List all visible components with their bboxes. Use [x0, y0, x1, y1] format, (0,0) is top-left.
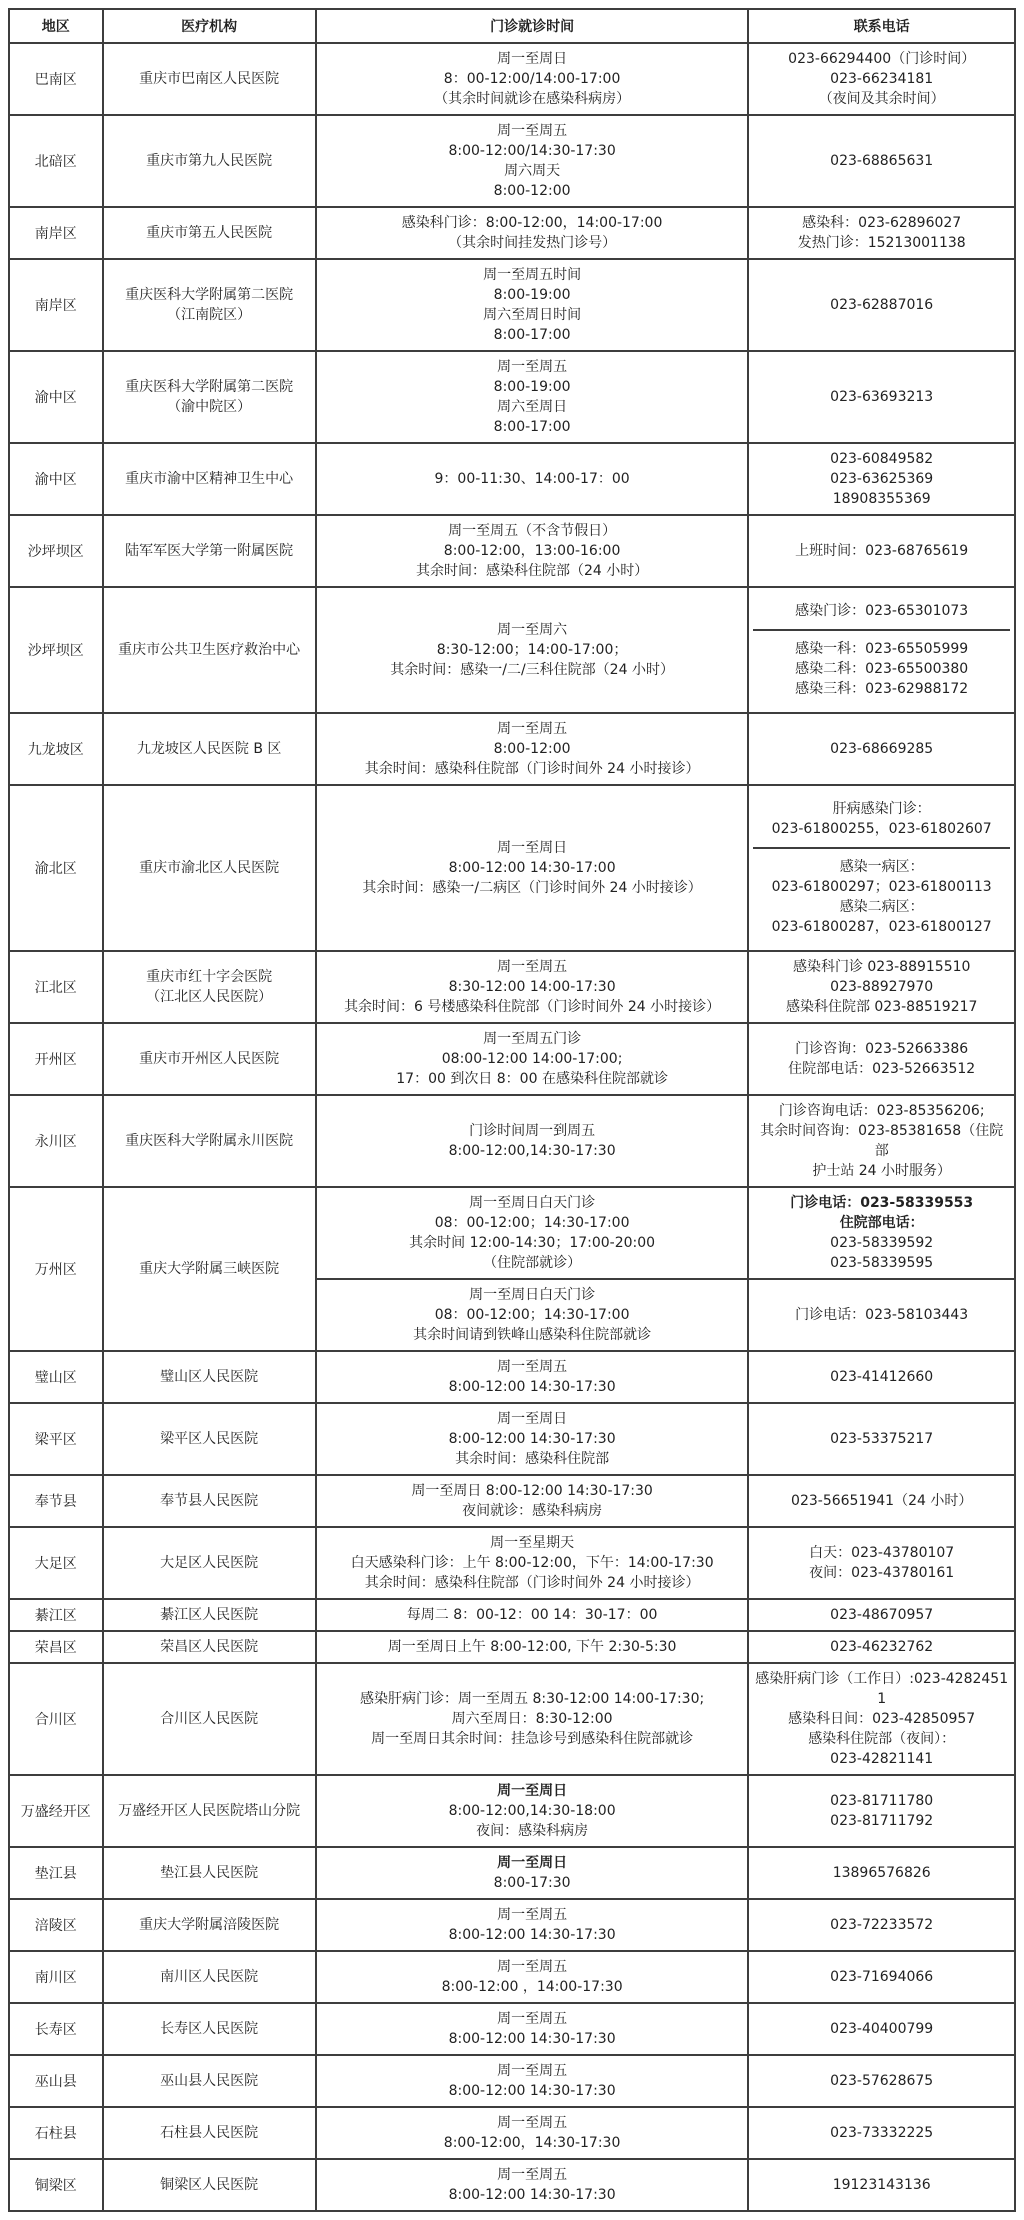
cell-line: 重庆市第九人民医院: [108, 151, 311, 171]
cell-line: 08:00-12:00 14:00-17:00;: [321, 1049, 744, 1069]
cell-line: 重庆大学附属三峡医院: [108, 1259, 311, 1279]
cell-line: 周一至周五: [321, 2009, 744, 2029]
cell-line: 门诊时间周一到周五: [321, 1121, 744, 1141]
table-header-row: 地区 医疗机构 门诊就诊时间 联系电话: [9, 9, 1015, 43]
cell-line: 8:00-17:00: [321, 325, 744, 345]
table-row: 九龙坡区 九龙坡区人民医院 B 区 周一至周五8:00-12:00其余时间：感染…: [9, 713, 1015, 785]
hours-cell: 感染肝病门诊：周一至周五 8:30-12:00 14:00-17:30;周六至周…: [316, 1663, 749, 1775]
hospital-cell: 重庆市公共卫生医疗救治中心: [103, 587, 316, 713]
table-row: 綦江区 綦江区人民医院 每周二 8：00-12：00 14：30-17：00 0…: [9, 1599, 1015, 1631]
cell-line: 周一至周五（不含节假日）: [321, 521, 744, 541]
table-row: 北碚区 重庆市第九人民医院 周一至周五8:00-12:00/14:30-17:3…: [9, 115, 1015, 207]
cell-line: （住院部就诊）: [321, 1253, 744, 1273]
hospital-cell: 重庆市第九人民医院: [103, 115, 316, 207]
cell-line: 荣昌区人民医院: [108, 1637, 311, 1657]
cell-line: 夜间就诊：感染科病房: [321, 1501, 744, 1521]
cell-line: 发热门诊：15213001138: [753, 233, 1010, 253]
cell-line: 8:00-12:00 14:30-17:30: [321, 1429, 744, 1449]
phone-cell: 上班时间：023-68765619: [748, 515, 1015, 587]
district-cell: 巫山县: [9, 2055, 103, 2107]
cell-line: 8:00-12:00: [321, 739, 744, 759]
cell-line: 南川区人民医院: [108, 1967, 311, 1987]
phone-cell: 感染门诊：023-65301073 感染一科：023-65505999感染二科：…: [748, 587, 1015, 713]
phone-cell: 13896576826: [748, 1847, 1015, 1899]
cell-line: 023-63625369: [753, 469, 1010, 489]
phone-cell: 肝病感染门诊：023-61800255，023-61802607 感染一病区：0…: [748, 785, 1015, 951]
cell-line: 大足区人民医院: [108, 1553, 311, 1573]
cell-line: 綦江区人民医院: [108, 1605, 311, 1625]
table-row: 奉节县 奉节县人民医院 周一至周日 8:00-12:00 14:30-17:30…: [9, 1475, 1015, 1527]
hospital-cell: 长寿区人民医院: [103, 2003, 316, 2055]
cell-line: 023-81711780: [753, 1791, 1010, 1811]
district-cell: 长寿区: [9, 2003, 103, 2055]
cell-line: 周一至周五: [321, 2165, 744, 2185]
phone-cell: 19123143136: [748, 2159, 1015, 2211]
table-row: 江北区 重庆市红十字会医院（江北区人民医院） 周一至周五8:30-12:00 1…: [9, 951, 1015, 1023]
cell-line: 8:00-19:00: [321, 285, 744, 305]
table-row: 合川区 合川区人民医院 感染肝病门诊：周一至周五 8:30-12:00 14:0…: [9, 1663, 1015, 1775]
cell-line: 8:00-17:00: [321, 417, 744, 437]
hours-cell: 周一至周五8:00-12:00其余时间：感染科住院部（门诊时间外 24 小时接诊…: [316, 713, 749, 785]
phone-group: 感染一科：023-65505999感染二科：023-65500380感染三科：0…: [753, 631, 1010, 707]
cell-line: 其余时间：感染一/二病区（门诊时间外 24 小时接诊）: [321, 878, 744, 898]
cell-line: 门诊电话：023-58103443: [753, 1305, 1010, 1325]
cell-line: 023-56651941（24 小时）: [753, 1491, 1010, 1511]
cell-line: 023-61800255，023-61802607: [757, 819, 1006, 839]
phone-cell: 023-48670957: [748, 1599, 1015, 1631]
hospital-cell: 荣昌区人民医院: [103, 1631, 316, 1663]
district-cell: 石柱县: [9, 2107, 103, 2159]
hours-cell: 周一至周日 8:00-12:00 14:30-17:30夜间就诊：感染科病房: [316, 1475, 749, 1527]
cell-line: 8:00-12:00 14:30-17:30: [321, 2029, 744, 2049]
hours-cell: 周一至周五8:00-12:00 14:30-17:30: [316, 2159, 749, 2211]
phone-cell: 023-63693213: [748, 351, 1015, 443]
hospital-cell: 重庆市红十字会医院（江北区人民医院）: [103, 951, 316, 1023]
cell-line: 感染科：023-62896027: [753, 213, 1010, 233]
cell-line: 感染二病区：: [757, 897, 1006, 917]
cell-line: 023-40400799: [753, 2019, 1010, 2039]
phone-group: 感染门诊：023-65301073: [753, 593, 1010, 631]
hours-cell: 每周二 8：00-12：00 14：30-17：00: [316, 1599, 749, 1631]
cell-line: 感染科门诊：8:00-12:00，14:00-17:00: [321, 213, 744, 233]
district-cell: 梁平区: [9, 1403, 103, 1475]
cell-line: 周一至周五: [321, 2061, 744, 2081]
table-row: 沙坪坝区 陆军军医大学第一附属医院 周一至周五（不含节假日）8:00-12:00…: [9, 515, 1015, 587]
cell-line: 8:00-12:00,14:30-17:30: [321, 1141, 744, 1161]
table-row: 渝中区 重庆市渝中区精神卫生中心 9：00-11:30、14:00-17：00 …: [9, 443, 1015, 515]
cell-line: 周一至周五: [321, 121, 744, 141]
phone-cell: 门诊电话：023-58103443: [748, 1279, 1015, 1351]
cell-line: 上班时间：023-68765619: [753, 541, 1010, 561]
cell-line: 铜梁区人民医院: [108, 2175, 311, 2195]
phone-cell: 白天：023-43780107夜间：023-43780161: [748, 1527, 1015, 1599]
hours-cell: 9：00-11:30、14:00-17：00: [316, 443, 749, 515]
district-cell: 巴南区: [9, 43, 103, 115]
header-district: 地区: [9, 9, 103, 43]
cell-line: 023-61800297；023-61800113: [757, 877, 1006, 897]
cell-line: 重庆医科大学附属第二医院: [108, 285, 311, 305]
cell-line: 周六至周日: [321, 397, 744, 417]
district-cell: 南岸区: [9, 259, 103, 351]
cell-line: 8:00-12:00 14:30-17:30: [321, 2081, 744, 2101]
cell-line: 九龙坡区人民医院 B 区: [108, 739, 311, 759]
cell-line: 肝病感染门诊：: [757, 799, 1006, 819]
cell-line: 周一至周五门诊: [321, 1029, 744, 1049]
cell-line: 08：00-12:00；14:30-17:00: [321, 1305, 744, 1325]
cell-line: 重庆市公共卫生医疗救治中心: [108, 640, 311, 660]
hospital-cell: 重庆大学附属三峡医院: [103, 1187, 316, 1351]
cell-line: 8:00-12:00,14:30-18:00: [321, 1801, 744, 1821]
cell-line: 其余时间 12:00-14:30；17:00-20:00: [321, 1233, 744, 1253]
cell-line: 周一至周日 8:00-12:00 14:30-17:30: [321, 1481, 744, 1501]
cell-line: 17：00 到次日 8：00 在感染科住院部就诊: [321, 1069, 744, 1089]
hours-cell: 周一至周五门诊08:00-12:00 14:00-17:00;17：00 到次日…: [316, 1023, 749, 1095]
cell-line: 住院部电话：023-52663512: [753, 1059, 1010, 1079]
cell-line: 周一至周日: [321, 1409, 744, 1429]
phone-group: 感染一病区：023-61800297；023-61800113感染二病区：023…: [753, 849, 1010, 945]
cell-line: 重庆医科大学附属永川医院: [108, 1131, 311, 1151]
cell-line: 白天感染科门诊：上午 8:00-12:00，下午：14:00-17:30: [321, 1553, 744, 1573]
cell-line: 周一至周日白天门诊: [321, 1193, 744, 1213]
table-row: 梁平区 梁平区人民医院 周一至周日8:00-12:00 14:30-17:30其…: [9, 1403, 1015, 1475]
hospital-cell: 垫江县人民医院: [103, 1847, 316, 1899]
hospital-cell: 重庆大学附属涪陵医院: [103, 1899, 316, 1951]
cell-line: 重庆市开州区人民医院: [108, 1049, 311, 1069]
hours-cell: 门诊时间周一到周五8:00-12:00,14:30-17:30: [316, 1095, 749, 1187]
hospital-cell: 万盛经开区人民医院塔山分院: [103, 1775, 316, 1847]
table-row: 万州区 重庆大学附属三峡医院 周一至周日白天门诊08：00-12:00；14:3…: [9, 1187, 1015, 1279]
cell-line: 每周二 8：00-12：00 14：30-17：00: [321, 1605, 744, 1625]
district-cell: 万盛经开区: [9, 1775, 103, 1847]
cell-line: 周一至周日: [321, 838, 744, 858]
cell-line: 13896576826: [753, 1863, 1010, 1883]
cell-line: 感染科门诊 023-88915510: [753, 957, 1010, 977]
phone-cell: 023-40400799: [748, 2003, 1015, 2055]
district-cell: 合川区: [9, 1663, 103, 1775]
table-row: 长寿区 长寿区人民医院 周一至周五8:00-12:00 14:30-17:30 …: [9, 2003, 1015, 2055]
hours-cell: 周一至周五8:00-12:00/14:30-17:30周六周天8:00-12:0…: [316, 115, 749, 207]
hospital-cell: 重庆医科大学附属第二医院（渝中院区）: [103, 351, 316, 443]
hospital-cell: 璧山区人民医院: [103, 1351, 316, 1403]
cell-line: 023-88927970: [753, 977, 1010, 997]
phone-cell: 023-81711780023-81711792: [748, 1775, 1015, 1847]
cell-line: 023-58339592: [753, 1233, 1010, 1253]
district-cell: 万州区: [9, 1187, 103, 1351]
cell-line: 023-58339595: [753, 1253, 1010, 1273]
phone-cell: 感染肝病门诊（工作日）:023-42824511感染科日间：023-428509…: [748, 1663, 1015, 1775]
cell-line: 万盛经开区人民医院塔山分院: [108, 1801, 311, 1821]
phone-cell: 023-71694066: [748, 1951, 1015, 2003]
cell-line: 周一至周五: [321, 357, 744, 377]
cell-line: 感染科住院部（夜间）：: [753, 1729, 1010, 1749]
cell-line: 其余时间：6 号楼感染科住院部（门诊时间外 24 小时接诊）: [321, 997, 744, 1017]
cell-line: 其余时间：感染科住院部: [321, 1449, 744, 1469]
table-row: 垫江县 垫江县人民医院 周一至周日8:00-17:30 13896576826: [9, 1847, 1015, 1899]
hours-cell: 周一至周五（不含节假日）8:00-12:00，13:00-16:00其余时间：感…: [316, 515, 749, 587]
cell-line: 023-57628675: [753, 2071, 1010, 2091]
cell-line: 重庆市巴南区人民医院: [108, 69, 311, 89]
cell-line: 周一至周五时间: [321, 265, 744, 285]
cell-line: （其余时间就诊在感染科病房）: [321, 89, 744, 109]
hospital-cell: 南川区人民医院: [103, 1951, 316, 2003]
cell-line: 周一至周五: [321, 2113, 744, 2133]
phone-cell: 023-68669285: [748, 713, 1015, 785]
cell-line: （夜间及其余时间）: [753, 89, 1010, 109]
cell-line: 白天：023-43780107: [753, 1543, 1010, 1563]
cell-line: 023-81711792: [753, 1811, 1010, 1831]
district-cell: 綦江区: [9, 1599, 103, 1631]
cell-line: 19123143136: [753, 2175, 1010, 2195]
cell-line: （其余时间挂发热门诊号）: [321, 233, 744, 253]
phone-cell: 023-57628675: [748, 2055, 1015, 2107]
cell-line: 重庆市渝北区人民医院: [108, 858, 311, 878]
cell-line: 023-73332225: [753, 2123, 1010, 2143]
header-hours: 门诊就诊时间: [316, 9, 749, 43]
cell-line: 023-63693213: [753, 387, 1010, 407]
cell-line: 8:00-12:00，14:30-17:30: [321, 2133, 744, 2153]
hours-cell: 感染科门诊：8:00-12:00，14:00-17:00（其余时间挂发热门诊号）: [316, 207, 749, 259]
hospital-cell: 奉节县人民医院: [103, 1475, 316, 1527]
cell-line: 023-53375217: [753, 1429, 1010, 1449]
page: 地区 医疗机构 门诊就诊时间 联系电话 巴南区 重庆市巴南区人民医院 周一至周日…: [0, 0, 1024, 2220]
table-row: 大足区 大足区人民医院 周一至星期天白天感染科门诊：上午 8:00-12:00，…: [9, 1527, 1015, 1599]
cell-line: （江南院区）: [108, 305, 311, 325]
district-cell: 北碚区: [9, 115, 103, 207]
table-row: 南岸区 重庆医科大学附属第二医院（江南院区） 周一至周五时间8:00-19:00…: [9, 259, 1015, 351]
cell-line: （江北区人民医院）: [108, 987, 311, 1007]
cell-line: 8:00-19:00: [321, 377, 744, 397]
district-cell: 璧山区: [9, 1351, 103, 1403]
hours-cell: 周一至周五8:00-12:00 14:30-17:30: [316, 1899, 749, 1951]
cell-line: 感染一科：023-65505999: [757, 639, 1006, 659]
cell-line: 9：00-11:30、14:00-17：00: [321, 469, 744, 489]
cell-line: 8:00-12:00 14:30-17:30: [321, 2185, 744, 2205]
phone-cell: 023-66294400（门诊时间）023-66234181（夜间及其余时间）: [748, 43, 1015, 115]
cell-line: 8:00-12:00 14:30-17:30: [321, 1925, 744, 1945]
cell-line: 周一至周五: [321, 1357, 744, 1377]
district-cell: 南岸区: [9, 207, 103, 259]
cell-line: 08：00-12:00；14:30-17:00: [321, 1213, 744, 1233]
cell-line: 8:00-12:00，13:00-16:00: [321, 541, 744, 561]
district-cell: 荣昌区: [9, 1631, 103, 1663]
hospital-cell: 重庆医科大学附属永川医院: [103, 1095, 316, 1187]
hours-cell: 周一至周五8:00-12:00 14:30-17:30: [316, 2055, 749, 2107]
cell-line: 023-66234181: [753, 69, 1010, 89]
cell-line: 其余时间：感染科住院部（24 小时）: [321, 561, 744, 581]
cell-line: 重庆市第五人民医院: [108, 223, 311, 243]
cell-line: 重庆医科大学附属第二医院: [108, 377, 311, 397]
hospital-cell: 綦江区人民医院: [103, 1599, 316, 1631]
cell-line: 023-60849582: [753, 449, 1010, 469]
header-hospital: 医疗机构: [103, 9, 316, 43]
cell-line: 感染科日间：023-42850957: [753, 1709, 1010, 1729]
hospital-cell: 九龙坡区人民医院 B 区: [103, 713, 316, 785]
hours-cell: 周一至周五8:00-19:00周六至周日8:00-17:00: [316, 351, 749, 443]
hospital-cell: 大足区人民医院: [103, 1527, 316, 1599]
hours-cell: 周一至周五时间8:00-19:00周六至周日时间8:00-17:00: [316, 259, 749, 351]
table-row: 巴南区 重庆市巴南区人民医院 周一至周日8：00-12:00/14:00-17:…: [9, 43, 1015, 115]
hours-cell: 周一至周日8:00-12:00,14:30-18:00夜间：感染科病房: [316, 1775, 749, 1847]
hours-cell: 周一至周六8:30-12:00；14:00-17:00；其余时间：感染一/二/三…: [316, 587, 749, 713]
phone-cell: 023-56651941（24 小时）: [748, 1475, 1015, 1527]
district-cell: 南川区: [9, 1951, 103, 2003]
cell-line: 周一至周日: [321, 49, 744, 69]
table-row: 南岸区 重庆市第五人民医院 感染科门诊：8:00-12:00，14:00-17:…: [9, 207, 1015, 259]
cell-line: 门诊咨询电话：023-85356206;: [753, 1101, 1010, 1121]
cell-line: 023-48670957: [753, 1605, 1010, 1625]
hospital-cell: 重庆市巴南区人民医院: [103, 43, 316, 115]
hours-cell: 周一至周日白天门诊08：00-12:00；14:30-17:00其余时间请到铁峰…: [316, 1279, 749, 1351]
cell-line: 其余时间：感染一/二/三科住院部（24 小时）: [321, 660, 744, 680]
table-row: 渝北区 重庆市渝北区人民医院 周一至周日8:00-12:00 14:30-17:…: [9, 785, 1015, 951]
cell-line: 周一至周五: [321, 1957, 744, 1977]
cell-line: 其余时间请到铁峰山感染科住院部就诊: [321, 1325, 744, 1345]
cell-line: 023-42821141: [753, 1749, 1010, 1769]
hospital-cell: 重庆市开州区人民医院: [103, 1023, 316, 1095]
cell-line: 023-68669285: [753, 739, 1010, 759]
hours-cell: 周一至周日8:00-12:00 14:30-17:30其余时间：感染科住院部: [316, 1403, 749, 1475]
hours-cell: 周一至周五8:00-12:00 ，14:00-17:30: [316, 1951, 749, 2003]
hours-cell: 周一至周五8:30-12:00 14:00-17:30其余时间：6 号楼感染科住…: [316, 951, 749, 1023]
cell-line: 023-68865631: [753, 151, 1010, 171]
hospital-cell: 重庆市第五人民医院: [103, 207, 316, 259]
cell-line: 023-72233572: [753, 1915, 1010, 1935]
cell-line: 023-62887016: [753, 295, 1010, 315]
cell-line: 其余时间咨询：023-85381658（住院部: [753, 1121, 1010, 1161]
table-row: 沙坪坝区 重庆市公共卫生医疗救治中心 周一至周六8:30-12:00；14:00…: [9, 587, 1015, 713]
hours-cell: 周一至周日白天门诊08：00-12:00；14:30-17:00其余时间 12:…: [316, 1187, 749, 1279]
cell-line: 陆军军医大学第一附属医院: [108, 541, 311, 561]
cell-line: 周一至周日白天门诊: [321, 1285, 744, 1305]
phone-group: 肝病感染门诊：023-61800255，023-61802607: [753, 791, 1010, 849]
cell-line: 护士站 24 小时服务）: [753, 1161, 1010, 1181]
district-cell: 沙坪坝区: [9, 515, 103, 587]
phone-cell: 023-46232762: [748, 1631, 1015, 1663]
cell-line: 合川区人民医院: [108, 1709, 311, 1729]
cell-line: 周一至周五: [321, 1905, 744, 1925]
phone-cell: 023-60849582023-6362536918908355369: [748, 443, 1015, 515]
cell-line: 周一至周日: [321, 1853, 744, 1873]
cell-line: 感染一病区：: [757, 857, 1006, 877]
table-row: 铜梁区 铜梁区人民医院 周一至周五8:00-12:00 14:30-17:30 …: [9, 2159, 1015, 2211]
phone-cell: 感染科：023-62896027发热门诊：15213001138: [748, 207, 1015, 259]
phone-cell: 023-73332225: [748, 2107, 1015, 2159]
phone-cell: 门诊咨询电话：023-85356206;其余时间咨询：023-85381658（…: [748, 1095, 1015, 1187]
cell-line: 周一至周五: [321, 719, 744, 739]
cell-line: 8:00-12:00 14:30-17:00: [321, 858, 744, 878]
hospital-cell: 重庆市渝北区人民医院: [103, 785, 316, 951]
hospital-cell: 铜梁区人民医院: [103, 2159, 316, 2211]
hospital-contact-table: 地区 医疗机构 门诊就诊时间 联系电话 巴南区 重庆市巴南区人民医院 周一至周日…: [8, 8, 1016, 2212]
cell-line: 周六周天: [321, 161, 744, 181]
table-row: 永川区 重庆医科大学附属永川医院 门诊时间周一到周五8:00-12:00,14:…: [9, 1095, 1015, 1187]
cell-line: 门诊咨询：023-52663386: [753, 1039, 1010, 1059]
hospital-cell: 巫山县人民医院: [103, 2055, 316, 2107]
cell-line: 感染二科：023-65500380: [757, 659, 1006, 679]
cell-line: 8:30-12:00 14:00-17:30: [321, 977, 744, 997]
district-cell: 渝北区: [9, 785, 103, 951]
cell-line: 8：00-12:00/14:00-17:00: [321, 69, 744, 89]
district-cell: 江北区: [9, 951, 103, 1023]
cell-line: 感染三科：023-62988172: [757, 679, 1006, 699]
cell-line: 璧山区人民医院: [108, 1367, 311, 1387]
district-cell: 奉节县: [9, 1475, 103, 1527]
cell-line: 重庆大学附属涪陵医院: [108, 1915, 311, 1935]
table-row: 璧山区 璧山区人民医院 周一至周五8:00-12:00 14:30-17:30 …: [9, 1351, 1015, 1403]
hospital-cell: 重庆医科大学附属第二医院（江南院区）: [103, 259, 316, 351]
table-row: 开州区 重庆市开州区人民医院 周一至周五门诊08:00-12:00 14:00-…: [9, 1023, 1015, 1095]
hospital-cell: 陆军军医大学第一附属医院: [103, 515, 316, 587]
district-cell: 涪陵区: [9, 1899, 103, 1951]
cell-line: 感染肝病门诊：周一至周五 8:30-12:00 14:00-17:30;: [321, 1689, 744, 1709]
district-cell: 九龙坡区: [9, 713, 103, 785]
cell-line: 门诊电话：023-58339553: [753, 1193, 1010, 1213]
phone-cell: 023-41412660: [748, 1351, 1015, 1403]
table-row: 渝中区 重庆医科大学附属第二医院（渝中院区） 周一至周五8:00-19:00周六…: [9, 351, 1015, 443]
cell-line: 023-61800287，023-61800127: [757, 917, 1006, 937]
table-row: 涪陵区 重庆大学附属涪陵医院 周一至周五8:00-12:00 14:30-17:…: [9, 1899, 1015, 1951]
cell-line: 感染肝病门诊（工作日）:023-42824511: [753, 1669, 1010, 1709]
hospital-cell: 重庆市渝中区精神卫生中心: [103, 443, 316, 515]
header-phone: 联系电话: [748, 9, 1015, 43]
cell-line: 周一至周日: [321, 1781, 744, 1801]
cell-line: 周一至周六: [321, 620, 744, 640]
cell-line: 夜间：感染科病房: [321, 1821, 744, 1841]
cell-line: 周一至周五: [321, 957, 744, 977]
cell-line: 其余时间：感染科住院部（门诊时间外 24 小时接诊）: [321, 759, 744, 779]
district-cell: 开州区: [9, 1023, 103, 1095]
cell-line: 重庆市红十字会医院: [108, 967, 311, 987]
phone-cell: 门诊咨询：023-52663386住院部电话：023-52663512: [748, 1023, 1015, 1095]
table-row: 石柱县 石柱县人民医院 周一至周五8:00-12:00，14:30-17:30 …: [9, 2107, 1015, 2159]
hospital-cell: 梁平区人民医院: [103, 1403, 316, 1475]
cell-line: 其余时间：感染科住院部（门诊时间外 24 小时接诊）: [321, 1573, 744, 1593]
phone-cell: 感染科门诊 023-88915510023-88927970感染科住院部 023…: [748, 951, 1015, 1023]
cell-line: （渝中院区）: [108, 397, 311, 417]
table-row: 巫山县 巫山县人民医院 周一至周五8:00-12:00 14:30-17:30 …: [9, 2055, 1015, 2107]
cell-line: 奉节县人民医院: [108, 1491, 311, 1511]
hospital-cell: 合川区人民医院: [103, 1663, 316, 1775]
phone-cell: 023-72233572: [748, 1899, 1015, 1951]
cell-line: 8:00-12:00 14:30-17:30: [321, 1377, 744, 1397]
cell-line: 感染门诊：023-65301073: [757, 601, 1006, 621]
hours-cell: 周一至周五8:00-12:00 14:30-17:30: [316, 2003, 749, 2055]
table-row: 万盛经开区 万盛经开区人民医院塔山分院 周一至周日8:00-12:00,14:3…: [9, 1775, 1015, 1847]
table-row: 荣昌区 荣昌区人民医院 周一至周日上午 8:00-12:00, 下午 2:30-…: [9, 1631, 1015, 1663]
cell-line: 周六至周日时间: [321, 305, 744, 325]
cell-line: 夜间：023-43780161: [753, 1563, 1010, 1583]
cell-line: 023-46232762: [753, 1637, 1010, 1657]
cell-line: 8:00-17:30: [321, 1873, 744, 1893]
phone-cell: 023-68865631: [748, 115, 1015, 207]
hours-cell: 周一至星期天白天感染科门诊：上午 8:00-12:00，下午：14:00-17:…: [316, 1527, 749, 1599]
district-cell: 沙坪坝区: [9, 587, 103, 713]
cell-line: 垫江县人民医院: [108, 1863, 311, 1883]
cell-line: 周一至周日上午 8:00-12:00, 下午 2:30-5:30: [321, 1637, 744, 1657]
cell-line: 住院部电话：: [753, 1213, 1010, 1233]
cell-line: 周一至星期天: [321, 1533, 744, 1553]
cell-line: 周六至周日：8:30-12:00: [321, 1709, 744, 1729]
cell-line: 8:00-12:00/14:30-17:30: [321, 141, 744, 161]
cell-line: 18908355369: [753, 489, 1010, 509]
table-row: 南川区 南川区人民医院 周一至周五8:00-12:00 ，14:00-17:30…: [9, 1951, 1015, 2003]
hours-cell: 周一至周五8:00-12:00，14:30-17:30: [316, 2107, 749, 2159]
phone-cell: 门诊电话：023-58339553住院部电话：023-58339592023-5…: [748, 1187, 1015, 1279]
cell-line: 重庆市渝中区精神卫生中心: [108, 469, 311, 489]
cell-line: 8:00-12:00 ，14:00-17:30: [321, 1977, 744, 1997]
district-cell: 铜梁区: [9, 2159, 103, 2211]
hospital-cell: 石柱县人民医院: [103, 2107, 316, 2159]
